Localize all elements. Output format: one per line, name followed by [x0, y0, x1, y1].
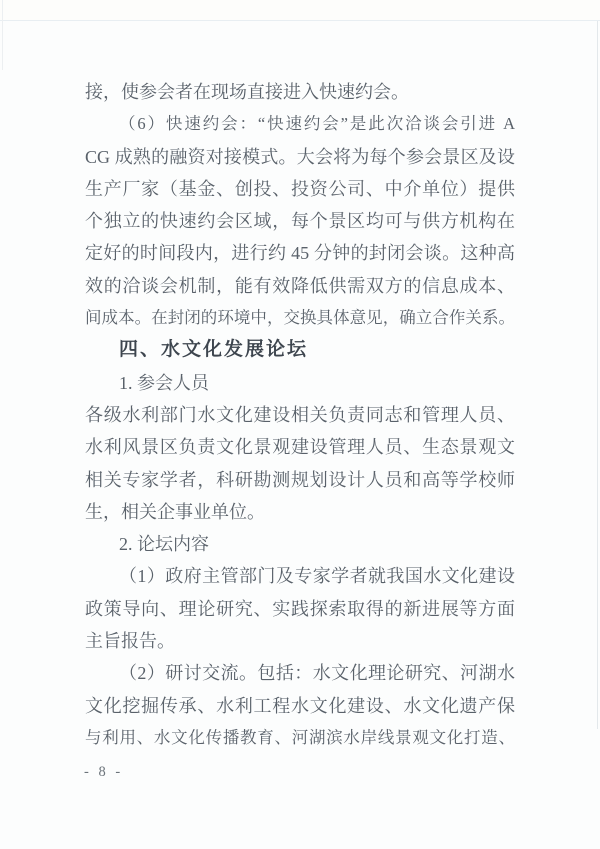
text-line: 与利用、水文化传播教育、河湖滨水岸线景观文化打造、: [85, 722, 515, 754]
subsection-label: 1. 参会人员: [85, 367, 515, 399]
text-line: （6）快速约会：“快速约会”是此次洽谈会引进 A: [85, 108, 515, 140]
scanned-document-page: 接，使参会者在现场直接进入快速约会。 （6）快速约会：“快速约会”是此次洽谈会引…: [0, 0, 600, 849]
subsection-label: 2. 论坛内容: [85, 528, 515, 560]
document-content: 接，使参会者在现场直接进入快速约会。 （6）快速约会：“快速约会”是此次洽谈会引…: [85, 76, 515, 754]
scan-top-band: [0, 0, 600, 20]
text-line: CG 成熟的融资对接模式。大会将为每个参会景区及设备: [85, 141, 515, 173]
text-line: 文化挖掘传承、水利工程水文化建设、水文化遗产保护: [85, 690, 515, 722]
text-line: （1）政府主管部门及专家学者就我国水文化建设: [85, 560, 515, 592]
scan-horizontal-line: [0, 20, 600, 21]
text-line: 相关专家学者，科研勘测规划设计人员和高等学校师: [85, 464, 515, 496]
section-heading: 四、水文化发展论坛: [85, 334, 515, 366]
text-line: 生产厂家（基金、创投、投资公司、中介单位）提供一: [85, 173, 515, 205]
text-line: 主旨报告。: [85, 625, 515, 657]
text-line: （2）研讨交流。包括：水文化理论研究、河湖水: [85, 657, 515, 689]
scan-left-edge-line: [2, 0, 3, 70]
page-number: - 8 -: [84, 764, 123, 781]
text-line: 接，使参会者在现场直接进入快速约会。: [85, 76, 515, 108]
scan-right-edge-line: [597, 21, 598, 729]
text-line: 定好的时间段内，进行约 45 分钟的封闭会谈。这种高: [85, 237, 515, 269]
text-line: 效的洽谈会机制，能有效降低供需双方的信息成本、时: [85, 270, 515, 302]
text-line: 个独立的快速约会区域，每个景区均可与供方机构在预: [85, 205, 515, 237]
text-line: 政策导向、理论研究、实践探索取得的新进展等方面做: [85, 593, 515, 625]
text-line: 生，相关企事业单位。: [85, 496, 515, 528]
text-line: 各级水利部门水文化建设相关负责同志和管理人员、各: [85, 399, 515, 431]
text-line: 水利风景区负责文化景观建设管理人员、生态景观文化: [85, 431, 515, 463]
text-line: 间成本。在封闭的环境中，交换具体意见，确立合作关系。: [85, 302, 515, 334]
